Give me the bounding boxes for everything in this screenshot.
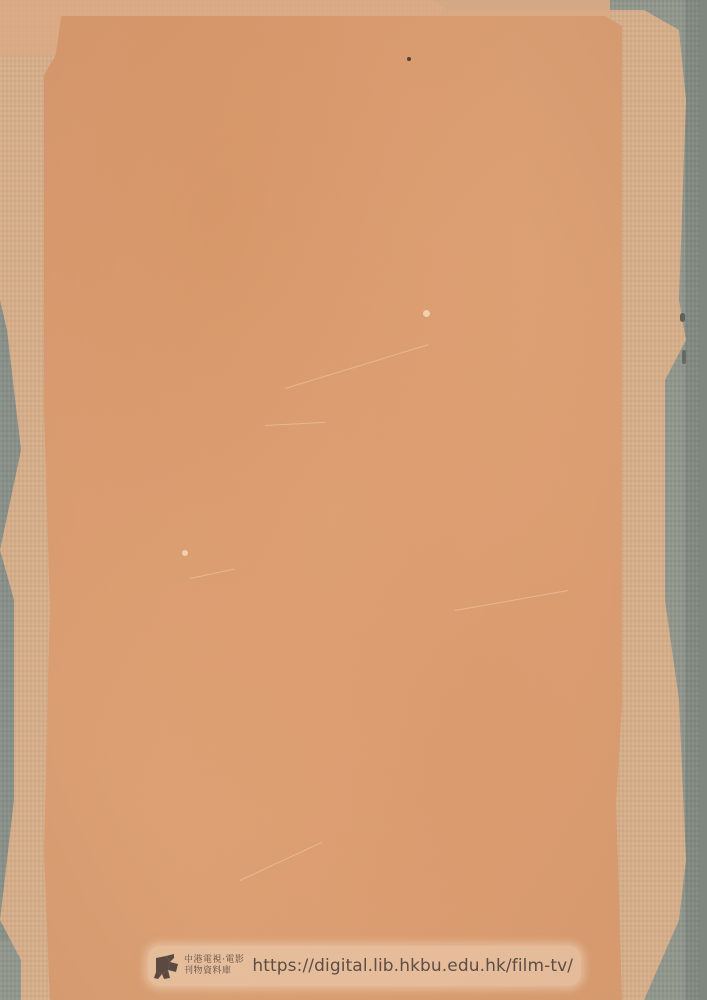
paper-page [44, 16, 622, 1000]
light-spot [182, 550, 188, 556]
film-spotlight-icon [152, 952, 178, 980]
watermark-url: https://digital.lib.hkbu.edu.hk/film-tv/ [252, 956, 573, 976]
backing-board-right [685, 0, 707, 1000]
scan-background: 中港電視‧電影 刊物資料庫 https://digital.lib.hkbu.e… [0, 0, 707, 1000]
tack-hole [682, 350, 686, 364]
watermark-title: 中港電視‧電影 刊物資料庫 [184, 955, 244, 977]
light-spot [423, 310, 430, 317]
ink-spot [407, 57, 411, 61]
watermark: 中港電視‧電影 刊物資料庫 https://digital.lib.hkbu.e… [148, 946, 581, 986]
watermark-line2: 刊物資料庫 [184, 966, 244, 977]
tack-hole [680, 313, 685, 322]
watermark-line1: 中港電視‧電影 [184, 955, 244, 966]
